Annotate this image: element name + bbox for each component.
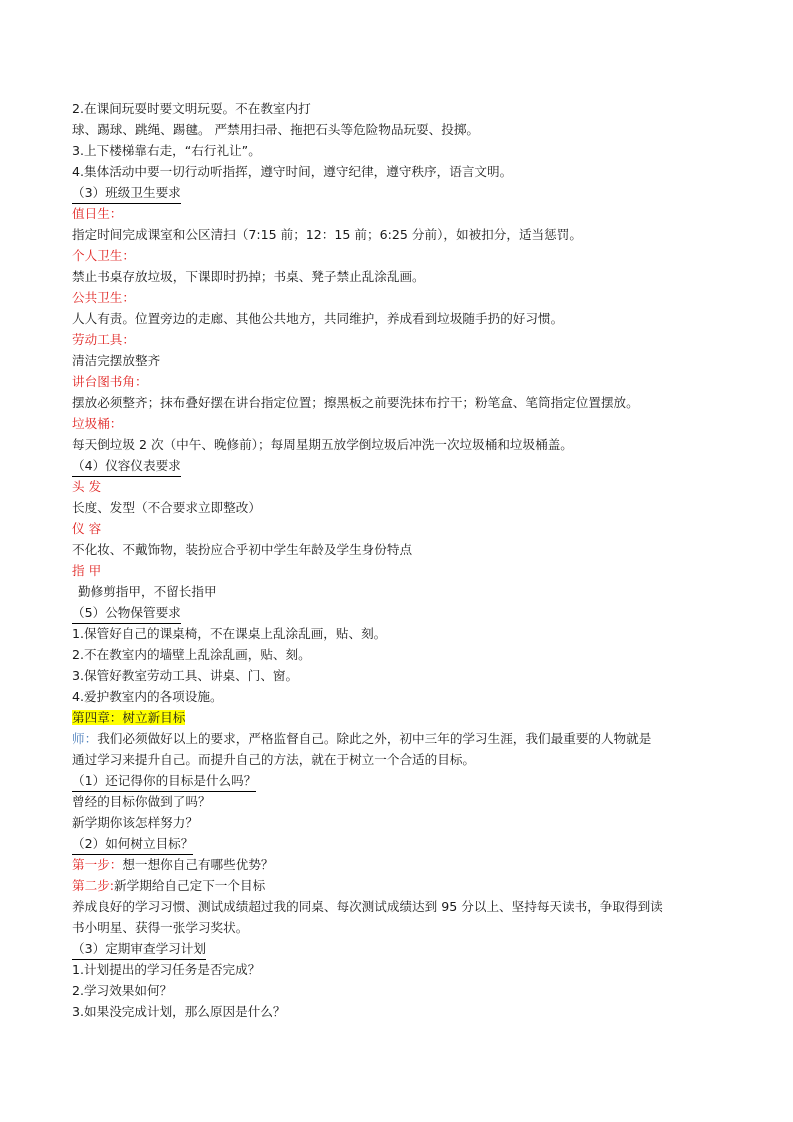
label-appearance: 仪 容 <box>72 518 732 539</box>
list-item: 2.学习效果如何？ <box>72 980 732 1001</box>
body-text: 书小明星、获得一张学习奖状。 <box>72 917 732 938</box>
rule-text: 2.在课间玩耍时要文明玩耍。不在教室内打 <box>72 98 732 119</box>
body-text: 养成良好的学习习惯、测试成绩超过我的同桌、每次测试成绩达到 95 分以上、坚持每… <box>72 896 732 917</box>
step-two: 第二步:新学期给自己定下一个目标 <box>72 875 732 896</box>
teacher-text: 我们必须做好以上的要求，严格监督自己。除此之外，初中三年的学习生涯，我们最重要的… <box>97 731 651 746</box>
teacher-speaker-label: 师： <box>72 731 97 746</box>
label-duty: 值日生： <box>72 203 732 224</box>
heading-text: （4）仪容仪表要求 <box>72 457 181 477</box>
step-text: 想一想你自己有哪些优势？ <box>122 857 273 872</box>
heading-text: （1）还记得你的目标是什么吗？ <box>72 772 256 792</box>
heading-text: （2）如何树立目标？ <box>72 835 193 855</box>
body-text: 摆放必须整齐；抹布叠好摆在讲台指定位置；擦黑板之前要洗抹布拧干；粉笔盒、笔筒指定… <box>72 392 732 413</box>
body-text: 通过学习来提升自己。而提升自己的方法，就在于树立一个合适的目标。 <box>72 749 732 770</box>
body-text: 每天倒垃圾 2 次（中午、晚修前）；每周星期五放学倒垃圾后冲洗一次垃圾桶和垃圾桶… <box>72 434 732 455</box>
label-hair: 头 发 <box>72 476 732 497</box>
section-heading-property: （5）公物保管要求 <box>72 602 732 623</box>
label-public-hygiene: 公共卫生： <box>72 287 732 308</box>
section-heading-appearance: （4）仪容仪表要求 <box>72 455 732 476</box>
body-text: 曾经的目标你做到了吗？ <box>72 791 732 812</box>
section-heading-remember-goal: （1）还记得你的目标是什么吗？ <box>72 770 732 791</box>
label-personal-hygiene: 个人卫生： <box>72 245 732 266</box>
section-heading-set-goal: （2）如何树立目标？ <box>72 833 732 854</box>
list-item: 3.如果没完成计划，那么原因是什么？ <box>72 1001 732 1022</box>
label-podium-book-corner: 讲台图书角： <box>72 371 732 392</box>
body-text: 长度、发型（不合要求立即整改） <box>72 497 732 518</box>
step-text: 新学期给自己定下一个目标 <box>114 878 265 893</box>
document-page: 2.在课间玩耍时要文明玩耍。不在教室内打 球、踢球、跳绳、踢毽。 严禁用扫帚、拖… <box>72 98 732 1022</box>
body-text: 禁止书桌存放垃圾，下课即时扔掉；书桌、凳子禁止乱涂乱画。 <box>72 266 732 287</box>
label-tools: 劳动工具： <box>72 329 732 350</box>
body-text: 新学期你该怎样努力？ <box>72 812 732 833</box>
label-trash-bin: 垃圾桶： <box>72 413 732 434</box>
section-heading-hygiene: （3）班级卫生要求 <box>72 182 732 203</box>
section-heading-review-plan: （3）定期审查学习计划 <box>72 938 732 959</box>
teacher-paragraph: 师：我们必须做好以上的要求，严格监督自己。除此之外，初中三年的学习生涯，我们最重… <box>72 728 732 749</box>
chapter-title: 第四章：树立新目标 <box>72 707 732 728</box>
heading-text: （3）定期审查学习计划 <box>72 940 206 960</box>
body-text: 清洁完摆放整齐 <box>72 350 732 371</box>
list-item: 3.保管好教室劳动工具、讲桌、门、窗。 <box>72 665 732 686</box>
body-text: 勤修剪指甲，不留长指甲 <box>72 581 732 602</box>
label-nails: 指 甲 <box>72 560 732 581</box>
step-one: 第一步：想一想你自己有哪些优势？ <box>72 854 732 875</box>
list-item: 4.爱护教室内的各项设施。 <box>72 686 732 707</box>
step-label: 第二步: <box>72 878 114 893</box>
body-text: 人人有责。位置旁边的走廊、其他公共地方，共同维护，养成看到垃圾随手扔的好习惯。 <box>72 308 732 329</box>
body-text: 指定时间完成课室和公区清扫（7:15 前；12：15 前；6:25 分前），如被… <box>72 224 732 245</box>
list-item: 1.保管好自己的课桌椅，不在课桌上乱涂乱画，贴、刻。 <box>72 623 732 644</box>
body-text: 不化妆、不戴饰物，装扮应合乎初中学生年龄及学生身份特点 <box>72 539 732 560</box>
list-item: 2.不在教室内的墙壁上乱涂乱画，贴、刻。 <box>72 644 732 665</box>
list-item: 1.计划提出的学习任务是否完成？ <box>72 959 732 980</box>
rule-text: 球、踢球、跳绳、踢毽。 严禁用扫帚、拖把石头等危险物品玩耍、投掷。 <box>72 119 732 140</box>
rule-text: 4.集体活动中要一切行动听指挥，遵守时间，遵守纪律，遵守秩序，语言文明。 <box>72 161 732 182</box>
rule-text: 3.上下楼梯靠右走，“右行礼让”。 <box>72 140 732 161</box>
heading-text: （3）班级卫生要求 <box>72 184 181 204</box>
heading-text: （5）公物保管要求 <box>72 604 181 624</box>
highlighted-chapter-text: 第四章：树立新目标 <box>72 710 185 725</box>
step-label: 第一步： <box>72 857 122 872</box>
